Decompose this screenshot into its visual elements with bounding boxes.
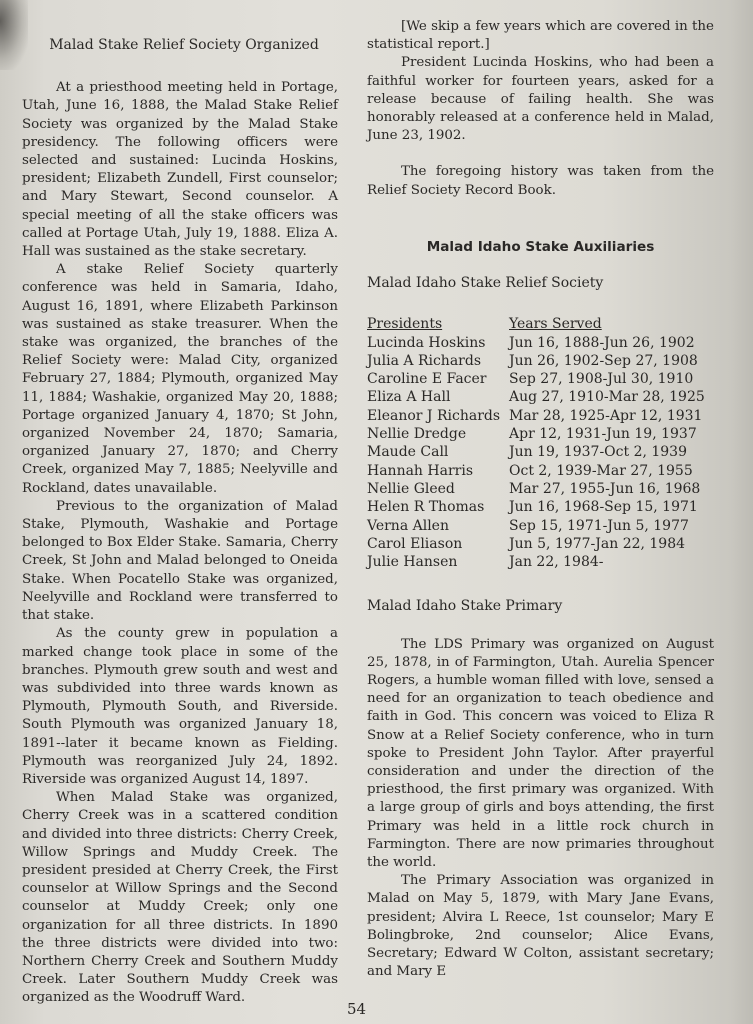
years-served: Jan 22, 1984-: [509, 553, 714, 571]
table-row: Carol EliasonJun 5, 1977-Jan 22, 1984: [367, 535, 714, 553]
auxiliaries-heading: Malad Idaho Stake Auxiliaries: [367, 238, 714, 256]
president-name: Maude Call: [367, 443, 509, 461]
years-served: Apr 12, 1931-Jun 19, 1937: [509, 425, 714, 443]
table-row: Verna AllenSep 15, 1971-Jun 5, 1977: [367, 517, 714, 535]
years-served: Aug 27, 1910-Mar 28, 1925: [509, 388, 714, 406]
table-row: Julia A RichardsJun 26, 1902-Sep 27, 190…: [367, 352, 714, 370]
years-served: Mar 28, 1925-Apr 12, 1931: [509, 407, 714, 425]
table-row: Maude CallJun 19, 1937-Oct 2, 1939: [367, 443, 714, 461]
president-name: Nellie Gleed: [367, 480, 509, 498]
paragraph-cherry-creek: When Malad Stake was organized, Cherry C…: [22, 789, 338, 1007]
years-served: Oct 2, 1939-Mar 27, 1955: [509, 462, 714, 480]
table-row: Eliza A HallAug 27, 1910-Mar 28, 1925: [367, 388, 714, 406]
president-name: Carol Eliason: [367, 535, 509, 553]
table-row: Hannah HarrisOct 2, 1939-Mar 27, 1955: [367, 462, 714, 480]
paragraph-county-growth: As the county grew in population a marke…: [22, 625, 338, 789]
president-name: Lucinda Hoskins: [367, 334, 509, 352]
table-row: Eleanor J RichardsMar 28, 1925-Apr 12, 1…: [367, 407, 714, 425]
years-served: Jun 26, 1902-Sep 27, 1908: [509, 352, 714, 370]
table-row: Lucinda HoskinsJun 16, 1888-Jun 26, 1902: [367, 334, 714, 352]
years-served: Jun 16, 1888-Jun 26, 1902: [509, 334, 714, 352]
relief-society-heading: Malad Idaho Stake Relief Society: [367, 274, 714, 292]
president-name: Hannah Harris: [367, 462, 509, 480]
years-served: Sep 27, 1908-Jul 30, 1910: [509, 370, 714, 388]
left-column: Malad Stake Relief Society Organized At …: [22, 36, 338, 1008]
years-served: Jun 5, 1977-Jan 22, 1984: [509, 535, 714, 553]
president-name: Eliza A Hall: [367, 388, 509, 406]
years-served: Mar 27, 1955-Jun 16, 1968: [509, 480, 714, 498]
table-row: Nellie GleedMar 27, 1955-Jun 16, 1968: [367, 480, 714, 498]
paragraph-skip-note: [We skip a few years which are covered i…: [367, 18, 714, 54]
presidents-table: Presidents Years Served Lucinda HoskinsJ…: [367, 315, 714, 571]
paragraph-quarterly-conference: A stake Relief Society quarterly confere…: [22, 261, 338, 498]
president-name: Caroline E Facer: [367, 370, 509, 388]
table-row: Julie HansenJan 22, 1984-: [367, 553, 714, 571]
paragraph-source-note: The foregoing history was taken from the…: [367, 163, 714, 199]
paragraph-lds-primary: The LDS Primary was organized on August …: [367, 636, 714, 873]
header-years-served: Years Served: [509, 315, 714, 333]
paragraph-previous-organization: Previous to the organization of Malad St…: [22, 498, 338, 625]
table-header-row: Presidents Years Served: [367, 315, 714, 333]
president-name: Helen R Thomas: [367, 498, 509, 516]
president-name: Eleanor J Richards: [367, 407, 509, 425]
president-name: Julie Hansen: [367, 553, 509, 571]
president-name: Verna Allen: [367, 517, 509, 535]
president-name: Nellie Dredge: [367, 425, 509, 443]
primary-heading: Malad Idaho Stake Primary: [367, 597, 714, 615]
paragraph-hoskins-release: President Lucinda Hoskins, who had been …: [367, 54, 714, 145]
paragraph-primary-association: The Primary Association was organized in…: [367, 872, 714, 981]
years-served: Jun 16, 1968-Sep 15, 1971: [509, 498, 714, 516]
table-row: Nellie DredgeApr 12, 1931-Jun 19, 1937: [367, 425, 714, 443]
page-number: 54: [347, 1000, 366, 1018]
presidents-table-body: Lucinda HoskinsJun 16, 1888-Jun 26, 1902…: [367, 334, 714, 572]
years-served: Jun 19, 1937-Oct 2, 1939: [509, 443, 714, 461]
table-row: Helen R ThomasJun 16, 1968-Sep 15, 1971: [367, 498, 714, 516]
header-presidents: Presidents: [367, 315, 509, 333]
section-title-relief-society-organized: Malad Stake Relief Society Organized: [22, 36, 338, 54]
president-name: Julia A Richards: [367, 352, 509, 370]
right-column: [We skip a few years which are covered i…: [367, 18, 714, 981]
table-row: Caroline E FacerSep 27, 1908-Jul 30, 191…: [367, 370, 714, 388]
paragraph-priesthood-meeting: At a priesthood meeting held in Portage,…: [22, 79, 338, 261]
years-served: Sep 15, 1971-Jun 5, 1977: [509, 517, 714, 535]
